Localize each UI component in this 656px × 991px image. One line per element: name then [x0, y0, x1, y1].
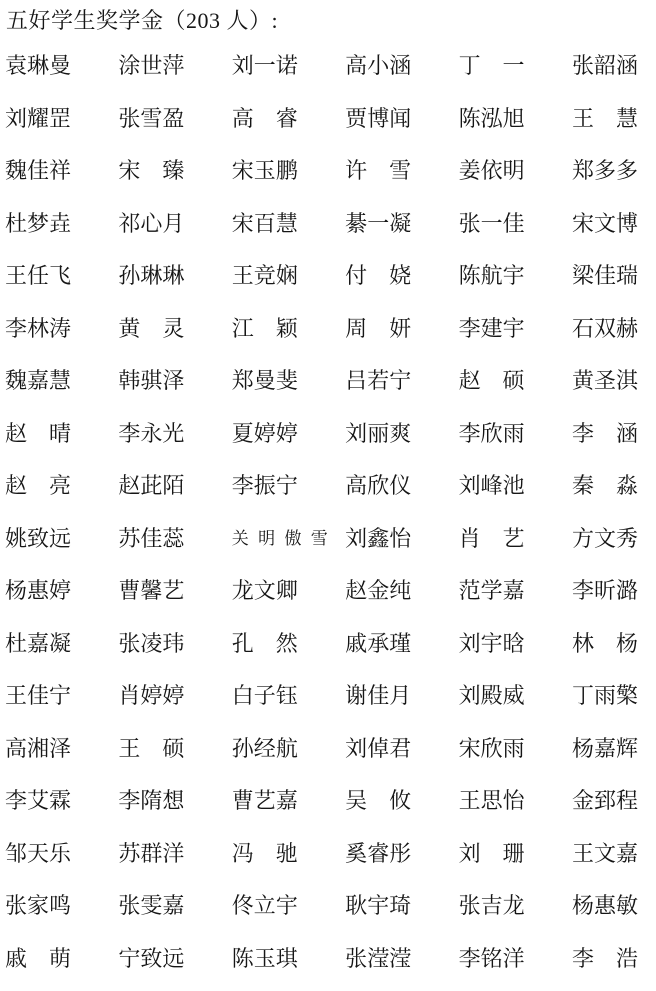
name-char: 佳	[367, 684, 389, 708]
name-cell: 祁心月	[118, 212, 184, 236]
name-char: 欣	[481, 422, 503, 446]
name-cell: 李浩	[572, 947, 638, 971]
name-char: 纯	[389, 579, 411, 603]
name-cell: 肖艺	[459, 527, 525, 551]
name-char: 涛	[49, 317, 71, 341]
name-char: 傲	[284, 527, 301, 551]
name-char: 小	[367, 54, 389, 78]
name-cell: 戚承瑾	[345, 632, 411, 656]
name-char: 欣	[481, 737, 503, 761]
name-char: 张	[118, 894, 140, 918]
name-cell: 丁雨檠	[572, 684, 638, 708]
name-cell: 涂世萍	[118, 54, 184, 78]
name-char: 婷	[162, 684, 184, 708]
name-cell: 高湘泽	[5, 737, 71, 761]
name-char: 奚	[345, 842, 367, 866]
name-row: 赵亮赵茈陌李振宁高欣仪刘峰池秦淼	[5, 460, 638, 513]
name-char: 赫	[616, 317, 638, 341]
name-char: 肖	[459, 527, 481, 551]
name-char: 涂	[118, 54, 140, 78]
name-char: 嘉	[27, 369, 49, 393]
name-char: 宁	[49, 684, 71, 708]
name-cell: 秦淼	[572, 474, 638, 498]
name-char: 娆	[389, 264, 411, 288]
name-char: 韶	[594, 54, 616, 78]
name-char: 泽	[49, 737, 71, 761]
name-char: 李	[459, 947, 481, 971]
name-char: 馨	[140, 579, 162, 603]
name-char: 赵	[5, 422, 27, 446]
name-char: 振	[254, 474, 276, 498]
name-char: 世	[140, 54, 162, 78]
name-char: 仪	[389, 474, 411, 498]
name-cell: 李振宁	[232, 474, 298, 498]
name-char: 曼	[49, 54, 71, 78]
name-cell: 黄圣淇	[572, 369, 638, 393]
name-char: 丽	[367, 422, 389, 446]
name-char: 浩	[616, 947, 638, 971]
name-char: 李	[459, 422, 481, 446]
name-char: 君	[389, 737, 411, 761]
name-char: 盈	[162, 107, 184, 131]
name-char: 曹	[118, 579, 140, 603]
name-char: 瑾	[389, 632, 411, 656]
name-char: 艺	[162, 579, 184, 603]
name-cell: 赵金纯	[345, 579, 411, 603]
name-cell: 綦一凝	[345, 212, 411, 236]
name-char: 佳	[503, 212, 525, 236]
name-cell: 杜梦垚	[5, 212, 71, 236]
name-char: 双	[594, 317, 616, 341]
name-cell: 张滢滢	[345, 947, 411, 971]
name-char: 乐	[49, 842, 71, 866]
name-char: 程	[616, 789, 638, 813]
name-char: 月	[162, 212, 184, 236]
name-cell: 陈泓旭	[459, 107, 525, 131]
name-char: 宋	[232, 212, 254, 236]
name-char: 潞	[616, 579, 638, 603]
name-char: 爽	[389, 422, 411, 446]
name-char: 郅	[594, 789, 616, 813]
name-char: 婷	[276, 422, 298, 446]
name-char: 灵	[162, 317, 184, 341]
name-char: 慧	[276, 212, 298, 236]
name-char: 郑	[572, 159, 594, 183]
name-char: 杨	[616, 632, 638, 656]
name-cell: 佟立宇	[232, 894, 298, 918]
name-char: 若	[367, 369, 389, 393]
name-cell: 王慧	[572, 107, 638, 131]
name-row: 王佳宁肖婷婷白子钰谢佳月刘殿威丁雨檠	[5, 670, 638, 723]
name-char: 珊	[503, 842, 525, 866]
name-char: 江	[232, 317, 254, 341]
name-row: 邹天乐苏群洋冯驰奚睿彤刘珊王文嘉	[5, 828, 638, 881]
name-char: 刘	[459, 474, 481, 498]
name-char: 佳	[140, 527, 162, 551]
name-cell: 宋欣雨	[459, 737, 525, 761]
name-char: 刘	[5, 107, 27, 131]
name-char: 周	[345, 317, 367, 341]
name-char: 许	[345, 159, 367, 183]
name-cell: 张一佳	[459, 212, 525, 236]
name-char: 苏	[118, 527, 140, 551]
name-char: 杜	[5, 212, 27, 236]
name-char: 凝	[389, 212, 411, 236]
name-char: 张	[118, 107, 140, 131]
name-char: 威	[503, 684, 525, 708]
name-char: 泓	[481, 107, 503, 131]
name-char: 博	[367, 107, 389, 131]
name-char: 嘉	[503, 579, 525, 603]
name-char: 孙	[232, 737, 254, 761]
name-cell: 高睿	[232, 107, 298, 131]
name-char: 宋	[459, 737, 481, 761]
name-char: 颖	[276, 317, 298, 341]
name-cell: 李林涛	[5, 317, 71, 341]
name-char: 池	[503, 474, 525, 498]
name-cell: 高欣仪	[345, 474, 411, 498]
name-char: 钰	[276, 684, 298, 708]
name-char: 戚	[345, 632, 367, 656]
name-char: 石	[572, 317, 594, 341]
name-row: 魏佳祥宋臻宋玉鹏许雪姜依明郑多多	[5, 145, 638, 198]
name-char: 陈	[459, 107, 481, 131]
name-char: 耀	[27, 107, 49, 131]
name-char: 殿	[481, 684, 503, 708]
name-char: 刘	[345, 422, 367, 446]
name-char: 航	[276, 737, 298, 761]
name-char: 嘉	[616, 842, 638, 866]
name-char: 方	[572, 527, 594, 551]
name-char: 任	[27, 264, 49, 288]
name-cell: 王佳宁	[5, 684, 71, 708]
name-char: 刘	[345, 527, 367, 551]
name-cell: 刘鑫怡	[345, 527, 411, 551]
name-char: 倬	[367, 737, 389, 761]
name-char: 月	[389, 684, 411, 708]
name-char: 姚	[5, 527, 27, 551]
name-cell: 陈航宇	[459, 264, 525, 288]
name-cell: 曹艺嘉	[232, 789, 298, 813]
name-char: 一	[481, 212, 503, 236]
name-char: 夏	[232, 422, 254, 446]
name-char: 宋	[572, 212, 594, 236]
name-char: 宁	[276, 474, 298, 498]
name-char: 李	[572, 579, 594, 603]
name-char: 萌	[49, 947, 71, 971]
name-char: 张	[459, 212, 481, 236]
name-char: 玉	[254, 159, 276, 183]
name-row: 李艾霖李隋想曹艺嘉吴攸王思怡金郅程	[5, 775, 638, 828]
name-char: 王	[572, 842, 594, 866]
name-cell: 高小涵	[345, 54, 411, 78]
name-cell: 张家鸣	[5, 894, 71, 918]
name-char: 丁	[572, 684, 594, 708]
name-char: 李	[118, 422, 140, 446]
name-row: 姚致远苏佳蕊关明傲雪刘鑫怡肖艺方文秀	[5, 513, 638, 566]
name-char: 高	[345, 474, 367, 498]
name-row: 李林涛黄灵江颖周妍李建宇石双赫	[5, 303, 638, 356]
name-char: 攸	[389, 789, 411, 813]
name-char: 耿	[345, 894, 367, 918]
name-char: 曹	[232, 789, 254, 813]
name-cell: 杨惠婷	[5, 579, 71, 603]
name-char: 金	[572, 789, 594, 813]
name-char: 韩	[118, 369, 140, 393]
name-char: 李	[572, 422, 594, 446]
name-char: 孙	[118, 264, 140, 288]
name-char: 然	[276, 632, 298, 656]
name-char: 丁	[459, 54, 481, 78]
name-char: 峰	[481, 474, 503, 498]
name-cell: 刘倬君	[345, 737, 411, 761]
name-cell: 张韶涵	[572, 54, 638, 78]
name-char: 龙	[232, 579, 254, 603]
name-char: 高	[345, 54, 367, 78]
name-char: 雨	[503, 737, 525, 761]
name-cell: 夏婷婷	[232, 422, 298, 446]
name-char: 承	[367, 632, 389, 656]
name-cell: 魏嘉慧	[5, 369, 71, 393]
name-char: 金	[367, 579, 389, 603]
name-char: 竞	[254, 264, 276, 288]
name-char: 祁	[118, 212, 140, 236]
name-char: 一	[367, 212, 389, 236]
name-char: 闻	[389, 107, 411, 131]
name-char: 心	[140, 212, 162, 236]
name-cell: 赵茈陌	[118, 474, 184, 498]
name-cell: 陈玉琪	[232, 947, 298, 971]
name-char: 明	[503, 159, 525, 183]
name-char: 昕	[594, 579, 616, 603]
name-char: 李	[459, 317, 481, 341]
name-cell: 李隋想	[118, 789, 184, 813]
name-cell: 李涵	[572, 422, 638, 446]
name-char: 宇	[481, 632, 503, 656]
name-char: 陌	[162, 474, 184, 498]
name-char: 想	[162, 789, 184, 813]
name-cell: 郑曼斐	[232, 369, 298, 393]
name-char: 鸣	[49, 894, 71, 918]
name-cell: 王思怡	[459, 789, 525, 813]
name-char: 宇	[503, 317, 525, 341]
name-cell: 赵硕	[459, 369, 525, 393]
name-char: 凝	[49, 632, 71, 656]
name-char: 卿	[276, 579, 298, 603]
name-char: 谢	[345, 684, 367, 708]
name-cell: 邹天乐	[5, 842, 71, 866]
name-char: 李	[232, 474, 254, 498]
name-char: 雯	[140, 894, 162, 918]
name-cell: 姜依明	[459, 159, 525, 183]
name-char: 淼	[616, 474, 638, 498]
name-char: 袁	[5, 54, 27, 78]
name-char: 建	[481, 317, 503, 341]
name-cell: 黄灵	[118, 317, 184, 341]
name-char: 睿	[367, 842, 389, 866]
name-cell: 李铭洋	[459, 947, 525, 971]
name-char: 张	[5, 894, 27, 918]
name-char: 航	[481, 264, 503, 288]
name-char: 霖	[49, 789, 71, 813]
name-char: 宁	[389, 369, 411, 393]
name-char: 洋	[162, 842, 184, 866]
name-char: 祥	[49, 159, 71, 183]
name-char: 致	[27, 527, 49, 551]
name-char: 琦	[389, 894, 411, 918]
name-char: 刘	[459, 684, 481, 708]
name-cell: 宋臻	[118, 159, 184, 183]
name-char: 冯	[232, 842, 254, 866]
name-char: 子	[254, 684, 276, 708]
name-row: 杨惠婷曹馨艺龙文卿赵金纯范学嘉李昕潞	[5, 565, 638, 618]
name-char: 家	[27, 894, 49, 918]
name-cell: 韩骐泽	[118, 369, 184, 393]
name-cell: 宁致远	[118, 947, 184, 971]
name-char: 琪	[276, 947, 298, 971]
name-row: 戚萌宁致远陈玉琪张滢滢李铭洋李浩	[5, 933, 638, 986]
name-row: 高湘泽王硕孙经航刘倬君宋欣雨杨嘉辉	[5, 723, 638, 776]
name-char: 淇	[616, 369, 638, 393]
name-char: 刘	[459, 632, 481, 656]
name-cell: 关明傲雪	[232, 527, 328, 551]
name-char: 吴	[345, 789, 367, 813]
name-grid: 袁琳曼涂世萍刘一诺高小涵丁一张韶涵刘耀罡张雪盈高睿贾博闻陈泓旭王慧魏佳祥宋臻宋玉…	[0, 40, 656, 985]
name-char: 博	[616, 212, 638, 236]
document-page: { "document": { "title": "五好学生奖学金（203 人）…	[0, 0, 656, 991]
name-char: 圣	[594, 369, 616, 393]
name-char: 硕	[162, 737, 184, 761]
name-char: 文	[594, 212, 616, 236]
name-cell: 刘丽爽	[345, 422, 411, 446]
name-char: 臻	[162, 159, 184, 183]
name-char: 黄	[118, 317, 140, 341]
name-char: 茈	[140, 474, 162, 498]
name-char: 泽	[162, 369, 184, 393]
name-char: 立	[254, 894, 276, 918]
name-char: 佳	[594, 264, 616, 288]
name-char: 苏	[118, 842, 140, 866]
name-char: 涵	[616, 54, 638, 78]
name-char: 王	[572, 107, 594, 131]
name-cell: 宋玉鹏	[232, 159, 298, 183]
name-char: 经	[254, 737, 276, 761]
name-char: 贾	[345, 107, 367, 131]
name-char: 婷	[140, 684, 162, 708]
name-char: 高	[5, 737, 27, 761]
name-char: 惠	[594, 894, 616, 918]
name-char: 硕	[503, 369, 525, 393]
name-char: 琳	[140, 264, 162, 288]
name-char: 高	[232, 107, 254, 131]
name-char: 林	[572, 632, 594, 656]
name-char: 滢	[367, 947, 389, 971]
name-cell: 白子钰	[232, 684, 298, 708]
name-char: 怡	[503, 789, 525, 813]
name-char: 嘉	[594, 737, 616, 761]
name-char: 天	[27, 842, 49, 866]
name-cell: 孔然	[232, 632, 298, 656]
name-cell: 付娆	[345, 264, 411, 288]
name-row: 袁琳曼涂世萍刘一诺高小涵丁一张韶涵	[5, 40, 638, 93]
name-cell: 苏群洋	[118, 842, 184, 866]
name-char: 杜	[5, 632, 27, 656]
name-char: 涵	[389, 54, 411, 78]
name-cell: 张吉龙	[459, 894, 525, 918]
name-char: 白	[232, 684, 254, 708]
name-cell: 孙经航	[232, 737, 298, 761]
name-char: 张	[118, 632, 140, 656]
name-char: 王	[118, 737, 140, 761]
name-cell: 王文嘉	[572, 842, 638, 866]
name-row: 杜嘉凝张凌玮孔然戚承瑾刘宇晗林杨	[5, 618, 638, 671]
name-cell: 杜嘉凝	[5, 632, 71, 656]
name-char: 凌	[140, 632, 162, 656]
name-char: 滢	[389, 947, 411, 971]
name-char: 湘	[27, 737, 49, 761]
name-cell: 奚睿彤	[345, 842, 411, 866]
name-char: 姜	[459, 159, 481, 183]
name-char: 郑	[232, 369, 254, 393]
name-char: 远	[162, 947, 184, 971]
name-char: 晴	[49, 422, 71, 446]
name-char: 陈	[232, 947, 254, 971]
name-char: 罡	[49, 107, 71, 131]
name-cell: 袁琳曼	[5, 54, 71, 78]
name-cell: 王硕	[118, 737, 184, 761]
name-char: 张	[459, 894, 481, 918]
name-char: 赵	[459, 369, 481, 393]
name-char: 宇	[276, 894, 298, 918]
name-char: 邹	[5, 842, 27, 866]
name-cell: 刘殿威	[459, 684, 525, 708]
name-cell: 李欣雨	[459, 422, 525, 446]
name-cell: 杨惠敏	[572, 894, 638, 918]
name-cell: 魏佳祥	[5, 159, 71, 183]
name-cell: 吴攸	[345, 789, 411, 813]
name-char: 吉	[481, 894, 503, 918]
name-char: 魏	[5, 159, 27, 183]
name-row: 赵晴李永光夏婷婷刘丽爽李欣雨李涵	[5, 408, 638, 461]
name-char: 刘	[232, 54, 254, 78]
name-char: 依	[481, 159, 503, 183]
name-char: 肖	[118, 684, 140, 708]
name-char: 雨	[503, 422, 525, 446]
name-char: 范	[459, 579, 481, 603]
name-char: 嘉	[162, 894, 184, 918]
name-char: 惠	[27, 579, 49, 603]
name-char: 驰	[276, 842, 298, 866]
name-cell: 孙琳琳	[118, 264, 184, 288]
name-char: 娴	[276, 264, 298, 288]
name-char: 关	[232, 527, 249, 551]
name-char: 李	[5, 789, 27, 813]
name-cell: 丁一	[459, 54, 525, 78]
name-cell: 张雯嘉	[118, 894, 184, 918]
name-cell: 刘耀罡	[5, 107, 71, 131]
name-char: 隋	[140, 789, 162, 813]
name-char: 宋	[118, 159, 140, 183]
name-char: 妍	[389, 317, 411, 341]
name-char: 百	[254, 212, 276, 236]
name-char: 嘉	[27, 632, 49, 656]
name-cell: 林杨	[572, 632, 638, 656]
name-char: 艺	[254, 789, 276, 813]
name-char: 垚	[49, 212, 71, 236]
name-char: 艾	[27, 789, 49, 813]
name-char: 李	[5, 317, 27, 341]
name-char: 宁	[118, 947, 140, 971]
